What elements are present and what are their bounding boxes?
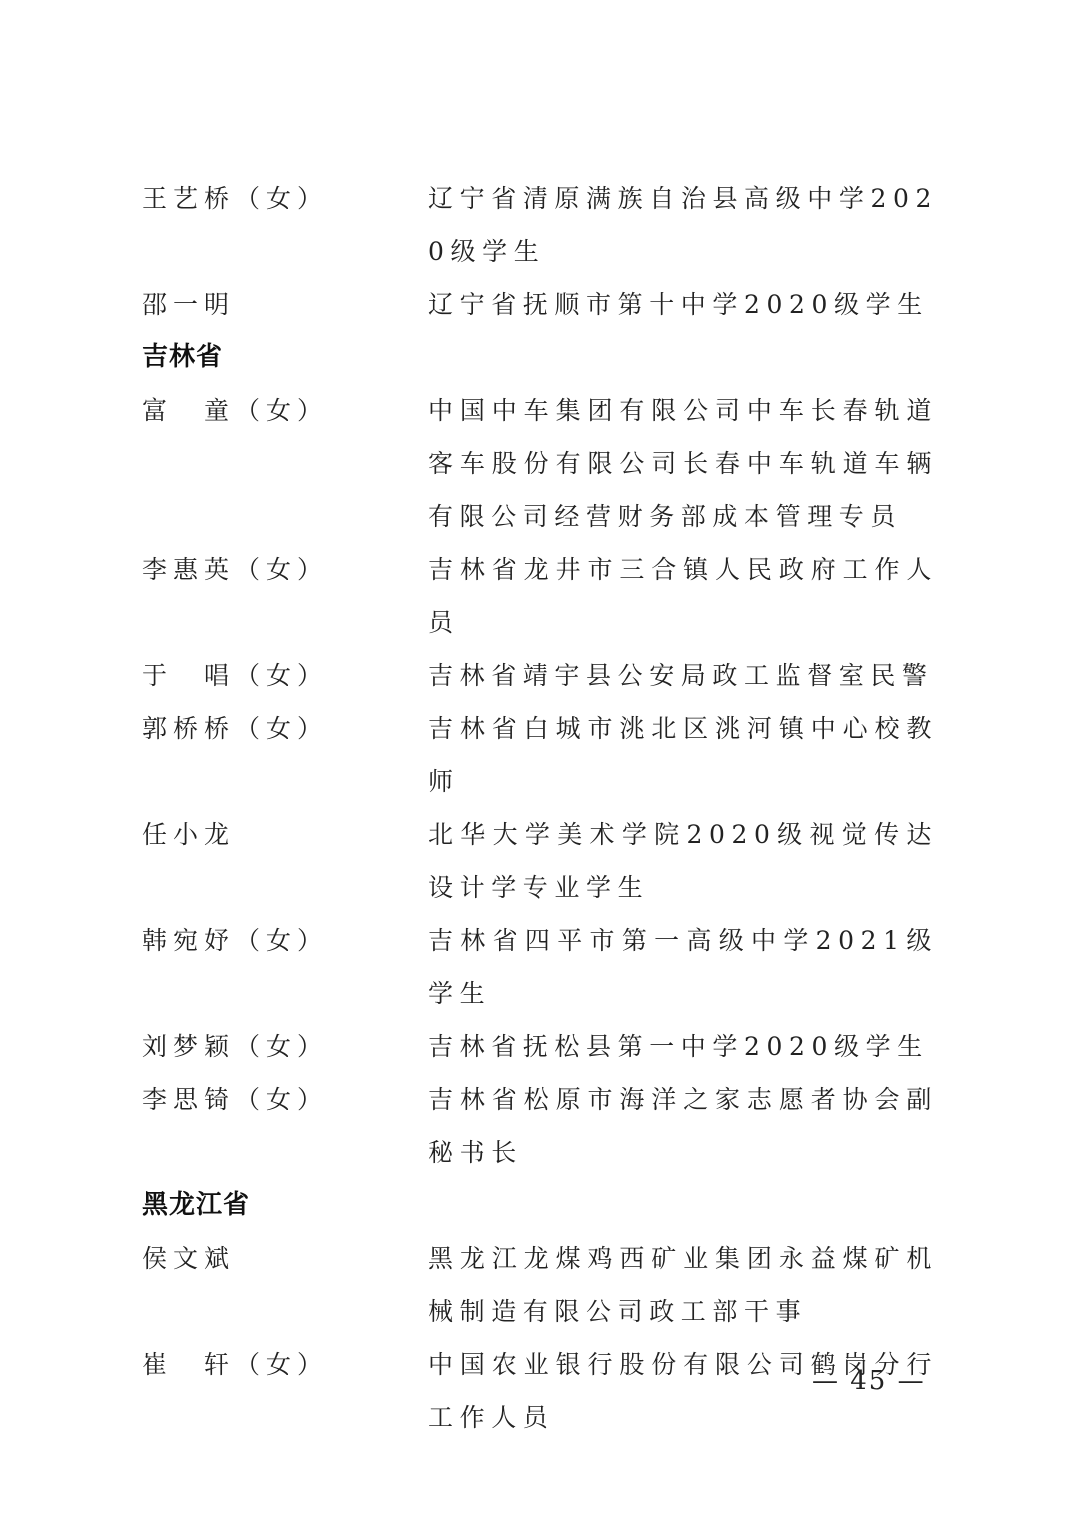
section-heading: 黑龙江省 bbox=[142, 1179, 942, 1232]
person-name: 刘梦颖（女） bbox=[142, 1020, 428, 1073]
person-name: 李思锜（女） bbox=[142, 1073, 428, 1126]
person-affiliation: 中国中车集团有限公司中车长春轨道客车股份有限公司长春中车轨道车辆有限公司经营财务… bbox=[428, 384, 938, 543]
person-name: 邵一明 bbox=[142, 278, 428, 331]
person-affiliation: 吉林省靖宇县公安局政工监督室民警 bbox=[428, 649, 938, 702]
list-item: 郭桥桥（女） 吉林省白城市洮北区洮河镇中心校教师 bbox=[142, 702, 942, 808]
person-name: 任小龙 bbox=[142, 808, 428, 861]
list-item: 李惠英（女） 吉林省龙井市三合镇人民政府工作人员 bbox=[142, 543, 942, 649]
person-name: 王艺桥（女） bbox=[142, 172, 428, 225]
person-affiliation: 黑龙江龙煤鸡西矿业集团永益煤矿机械制造有限公司政工部干事 bbox=[428, 1232, 938, 1338]
list-item: 刘梦颖（女） 吉林省抚松县第一中学2020级学生 bbox=[142, 1020, 942, 1073]
section-heilongjiang: 黑龙江省 侯文斌 黑龙江龙煤鸡西矿业集团永益煤矿机械制造有限公司政工部干事 崔 … bbox=[142, 1179, 942, 1444]
person-affiliation: 北华大学美术学院2020级视觉传达设计学专业学生 bbox=[428, 808, 938, 914]
section-heading: 吉林省 bbox=[142, 331, 942, 384]
list-item: 任小龙 北华大学美术学院2020级视觉传达设计学专业学生 bbox=[142, 808, 942, 914]
section-liaoning-continued: 王艺桥（女） 辽宁省清原满族自治县高级中学2020级学生 邵一明 辽宁省抚顺市第… bbox=[142, 172, 942, 331]
person-name: 崔 轩（女） bbox=[142, 1338, 428, 1391]
person-affiliation: 吉林省松原市海洋之家志愿者协会副秘书长 bbox=[428, 1073, 938, 1179]
list-item: 王艺桥（女） 辽宁省清原满族自治县高级中学2020级学生 bbox=[142, 172, 942, 278]
list-item: 富 童（女） 中国中车集团有限公司中车长春轨道客车股份有限公司长春中车轨道车辆有… bbox=[142, 384, 942, 543]
person-name: 李惠英（女） bbox=[142, 543, 428, 596]
page-number: — 45 — bbox=[812, 1366, 926, 1396]
person-affiliation: 吉林省抚松县第一中学2020级学生 bbox=[428, 1020, 938, 1073]
person-affiliation: 吉林省白城市洮北区洮河镇中心校教师 bbox=[428, 702, 938, 808]
list-item: 侯文斌 黑龙江龙煤鸡西矿业集团永益煤矿机械制造有限公司政工部干事 bbox=[142, 1232, 942, 1338]
person-affiliation: 吉林省龙井市三合镇人民政府工作人员 bbox=[428, 543, 938, 649]
document-body: 王艺桥（女） 辽宁省清原满族自治县高级中学2020级学生 邵一明 辽宁省抚顺市第… bbox=[142, 172, 942, 1444]
person-name: 侯文斌 bbox=[142, 1232, 428, 1285]
list-item: 李思锜（女） 吉林省松原市海洋之家志愿者协会副秘书长 bbox=[142, 1073, 942, 1179]
list-item: 邵一明 辽宁省抚顺市第十中学2020级学生 bbox=[142, 278, 942, 331]
section-jilin: 吉林省 富 童（女） 中国中车集团有限公司中车长春轨道客车股份有限公司长春中车轨… bbox=[142, 331, 942, 1179]
list-item: 于 唱（女） 吉林省靖宇县公安局政工监督室民警 bbox=[142, 649, 942, 702]
person-affiliation: 吉林省四平市第一高级中学2021级学生 bbox=[428, 914, 938, 1020]
person-name: 韩宛妤（女） bbox=[142, 914, 428, 967]
list-item: 韩宛妤（女） 吉林省四平市第一高级中学2021级学生 bbox=[142, 914, 942, 1020]
person-affiliation: 辽宁省抚顺市第十中学2020级学生 bbox=[428, 278, 938, 331]
person-affiliation: 辽宁省清原满族自治县高级中学2020级学生 bbox=[428, 172, 938, 278]
person-name: 于 唱（女） bbox=[142, 649, 428, 702]
person-name: 郭桥桥（女） bbox=[142, 702, 428, 755]
person-name: 富 童（女） bbox=[142, 384, 428, 437]
